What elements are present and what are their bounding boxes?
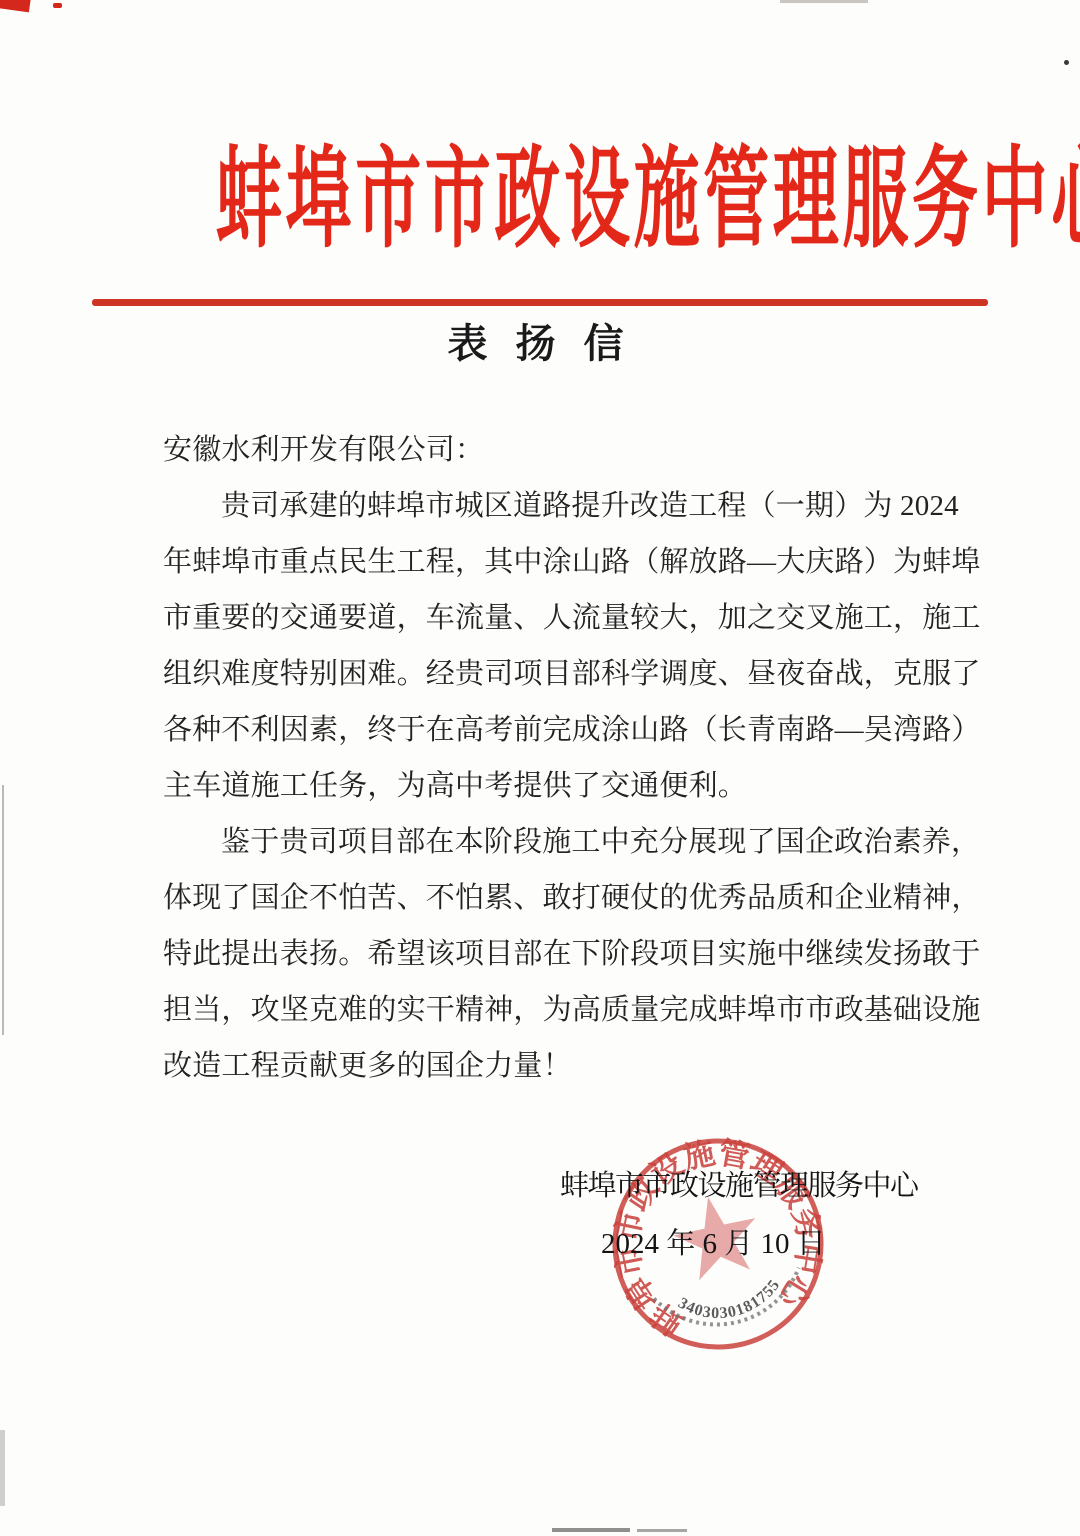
body-line: 贵司承建的蚌埠市城区道路提升改造工程（一期）为 2024 (163, 478, 983, 534)
body-line: 组织难度特别困难。经贵司项目部科学调度、昼夜奋战，克服了 (163, 646, 983, 702)
scan-artifact-top-smudge (780, 0, 868, 3)
scan-artifact-bottom-dash (552, 1528, 630, 1532)
body-line: 主车道施工任务，为高中考提供了交通便利。 (163, 758, 983, 814)
scan-artifact-bottom-dash (637, 1529, 687, 1532)
document-title: 表 扬 信 (0, 312, 1080, 369)
letterhead-title: 蚌埠市市政设施管理服务中心 (216, 128, 864, 273)
body-line: 改造工程贡献更多的国企力量！ (163, 1038, 983, 1094)
scan-artifact-red-corner (0, 0, 31, 12)
body-line: 鉴于贵司项目部在本阶段施工中充分展现了国企政治素养， (163, 814, 983, 870)
scan-artifact-dot (1064, 60, 1069, 65)
body-line: 市重要的交通要道，车流量、人流量较大，加之交叉施工，施工 (163, 590, 983, 646)
signature-date: 2024 年 6 月 10 日 (601, 1221, 826, 1262)
seal-serial-number: 3403030181755 (673, 1274, 789, 1332)
salutation: 安徽水利开发有限公司： (163, 422, 983, 478)
svg-text:3403030181755: 3403030181755 (673, 1274, 789, 1332)
letter-body: 安徽水利开发有限公司： 贵司承建的蚌埠市城区道路提升改造工程（一期）为 2024… (163, 422, 983, 1094)
body-line: 年蚌埠市重点民生工程，其中涂山路（解放路—大庆路）为蚌埠 (163, 534, 983, 590)
letterhead-rule (92, 299, 988, 306)
scan-artifact-left-smudge (0, 1430, 5, 1506)
body-line: 体现了国企不怕苦、不怕累、敢打硬仗的优秀品质和企业精神， (163, 870, 983, 926)
scanned-letter-page: 蚌埠市市政设施管理服务中心 表 扬 信 安徽水利开发有限公司： 贵司承建的蚌埠市… (0, 0, 1080, 1536)
signature-org-name: 蚌埠市市政设施管理服务中心 (560, 1163, 918, 1204)
scan-artifact-left-line (2, 785, 4, 1035)
body-line: 各种不利因素，终于在高考前完成涂山路（长青南路—吴湾路） (163, 702, 983, 758)
body-line: 担当，攻坚克难的实干精神，为高质量完成蚌埠市市政基础设施 (163, 982, 983, 1038)
body-line: 特此提出表扬。希望该项目部在下阶段项目实施中继续发扬敢于 (163, 926, 983, 982)
scan-artifact-red-dot (53, 3, 62, 8)
